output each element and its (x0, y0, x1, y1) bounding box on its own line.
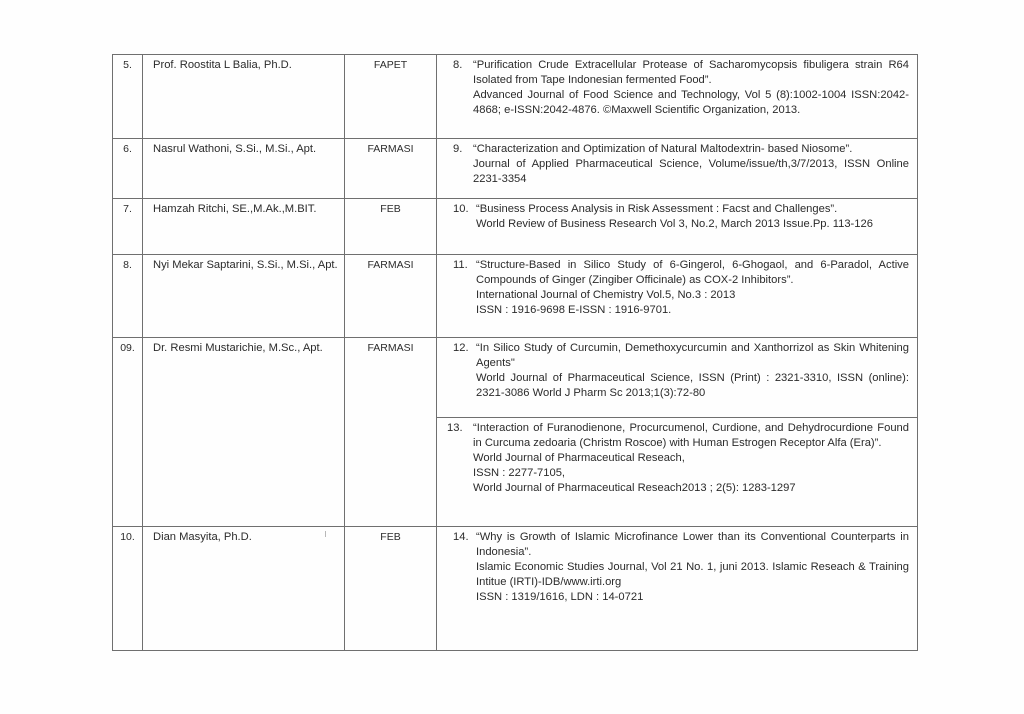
publication-title: “Why is Growth of Islamic Microfinance L… (476, 530, 909, 560)
publication-title: “Structure-Based in Silico Study of 6-Gi… (476, 258, 909, 288)
publication-entry: 10. “Business Process Analysis in Risk A… (443, 202, 909, 232)
publication-detail: World Journal of Pharmaceutical Reseach, (473, 451, 909, 466)
publication-title: “Interaction of Furanodienone, Procurcum… (473, 421, 909, 451)
publication-number: 14. (443, 530, 476, 605)
publication-detail: World Review of Business Research Vol 3,… (476, 217, 909, 232)
table-row: 5. Prof. Roostita L Balia, Ph.D. FAPET 8… (113, 55, 918, 139)
publication-detail: World Journal of Pharmaceutical Reseach2… (473, 481, 909, 496)
publication-cell: 12. “In Silico Study of Curcumin, Demeth… (437, 338, 918, 418)
table-row: 7. Hamzah Ritchi, SE.,M.Ak.,M.BIT. FEB 1… (113, 199, 918, 255)
scanned-document-page: 5. Prof. Roostita L Balia, Ph.D. FAPET 8… (0, 0, 1024, 714)
row-number: 8. (113, 255, 143, 338)
table-row: 6. Nasrul Wathoni, S.Si., M.Si., Apt. FA… (113, 139, 918, 199)
publication-entry: 14. “Why is Growth of Islamic Microfinan… (443, 530, 909, 605)
publication-detail: World Journal of Pharmaceutical Science,… (476, 371, 909, 401)
publication-cell: 11. “Structure-Based in Silico Study of … (437, 255, 918, 338)
publication-number: 10. (443, 202, 476, 232)
publication-cell: 9. “Characterization and Optimization of… (437, 139, 918, 199)
table-row: 09. Dr. Resmi Mustarichie, M.Sc., Apt. F… (113, 338, 918, 418)
scan-artifact (325, 531, 326, 537)
publication-title: “In Silico Study of Curcumin, Demethoxyc… (476, 341, 909, 371)
publication-detail: Islamic Economic Studies Journal, Vol 21… (476, 560, 909, 590)
faculty: FEB (345, 199, 437, 255)
publication-detail: ISSN : 1916-9698 E-ISSN : 1916-9701. (476, 303, 909, 318)
table-row: 8. Nyi Mekar Saptarini, S.Si., M.Si., Ap… (113, 255, 918, 338)
publication-cell: 8. “Purification Crude Extracellular Pro… (437, 55, 918, 139)
faculty: FARMASI (345, 139, 437, 199)
publication-cell: 10. “Business Process Analysis in Risk A… (437, 199, 918, 255)
publications-table: 5. Prof. Roostita L Balia, Ph.D. FAPET 8… (112, 54, 918, 651)
publication-title: “Business Process Analysis in Risk Asses… (476, 202, 909, 217)
publication-title: “Purification Crude Extracellular Protea… (473, 58, 909, 88)
publication-cell: 13. “Interaction of Furanodienone, Procu… (437, 418, 918, 527)
publication-detail: ISSN : 2277-7105, (473, 466, 909, 481)
row-number: 6. (113, 139, 143, 199)
author-name: Dian Masyita, Ph.D. (143, 527, 345, 651)
author-name: Nasrul Wathoni, S.Si., M.Si., Apt. (143, 139, 345, 199)
row-number: 5. (113, 55, 143, 139)
row-number: 7. (113, 199, 143, 255)
faculty: FARMASI (345, 338, 437, 527)
author-name: Dr. Resmi Mustarichie, M.Sc., Apt. (143, 338, 345, 527)
publication-entry: 13. “Interaction of Furanodienone, Procu… (443, 421, 909, 496)
table-row: 10. Dian Masyita, Ph.D. FEB 14. “Why is … (113, 527, 918, 651)
publication-number: 8. (443, 58, 473, 118)
publication-number: 12. (443, 341, 476, 401)
publication-entry: 12. “In Silico Study of Curcumin, Demeth… (443, 341, 909, 401)
faculty: FARMASI (345, 255, 437, 338)
publication-entry: 9. “Characterization and Optimization of… (443, 142, 909, 187)
faculty: FEB (345, 527, 437, 651)
publication-detail: ISSN : 1319/1616, LDN : 14-0721 (476, 590, 909, 605)
row-number: 10. (113, 527, 143, 651)
publication-cell: 14. “Why is Growth of Islamic Microfinan… (437, 527, 918, 651)
publication-detail: International Journal of Chemistry Vol.5… (476, 288, 909, 303)
publication-detail: Advanced Journal of Food Science and Tec… (473, 88, 909, 118)
publication-number: 13. (443, 421, 473, 496)
author-name: Hamzah Ritchi, SE.,M.Ak.,M.BIT. (143, 199, 345, 255)
publication-entry: 8. “Purification Crude Extracellular Pro… (443, 58, 909, 118)
faculty: FAPET (345, 55, 437, 139)
publication-number: 9. (443, 142, 473, 187)
publication-title: “Characterization and Optimization of Na… (473, 142, 909, 157)
publication-detail: Journal of Applied Pharmaceutical Scienc… (473, 157, 909, 187)
publication-entry: 11. “Structure-Based in Silico Study of … (443, 258, 909, 318)
publication-number: 11. (443, 258, 476, 318)
author-name: Prof. Roostita L Balia, Ph.D. (143, 55, 345, 139)
row-number: 09. (113, 338, 143, 527)
author-name: Nyi Mekar Saptarini, S.Si., M.Si., Apt. (143, 255, 345, 338)
